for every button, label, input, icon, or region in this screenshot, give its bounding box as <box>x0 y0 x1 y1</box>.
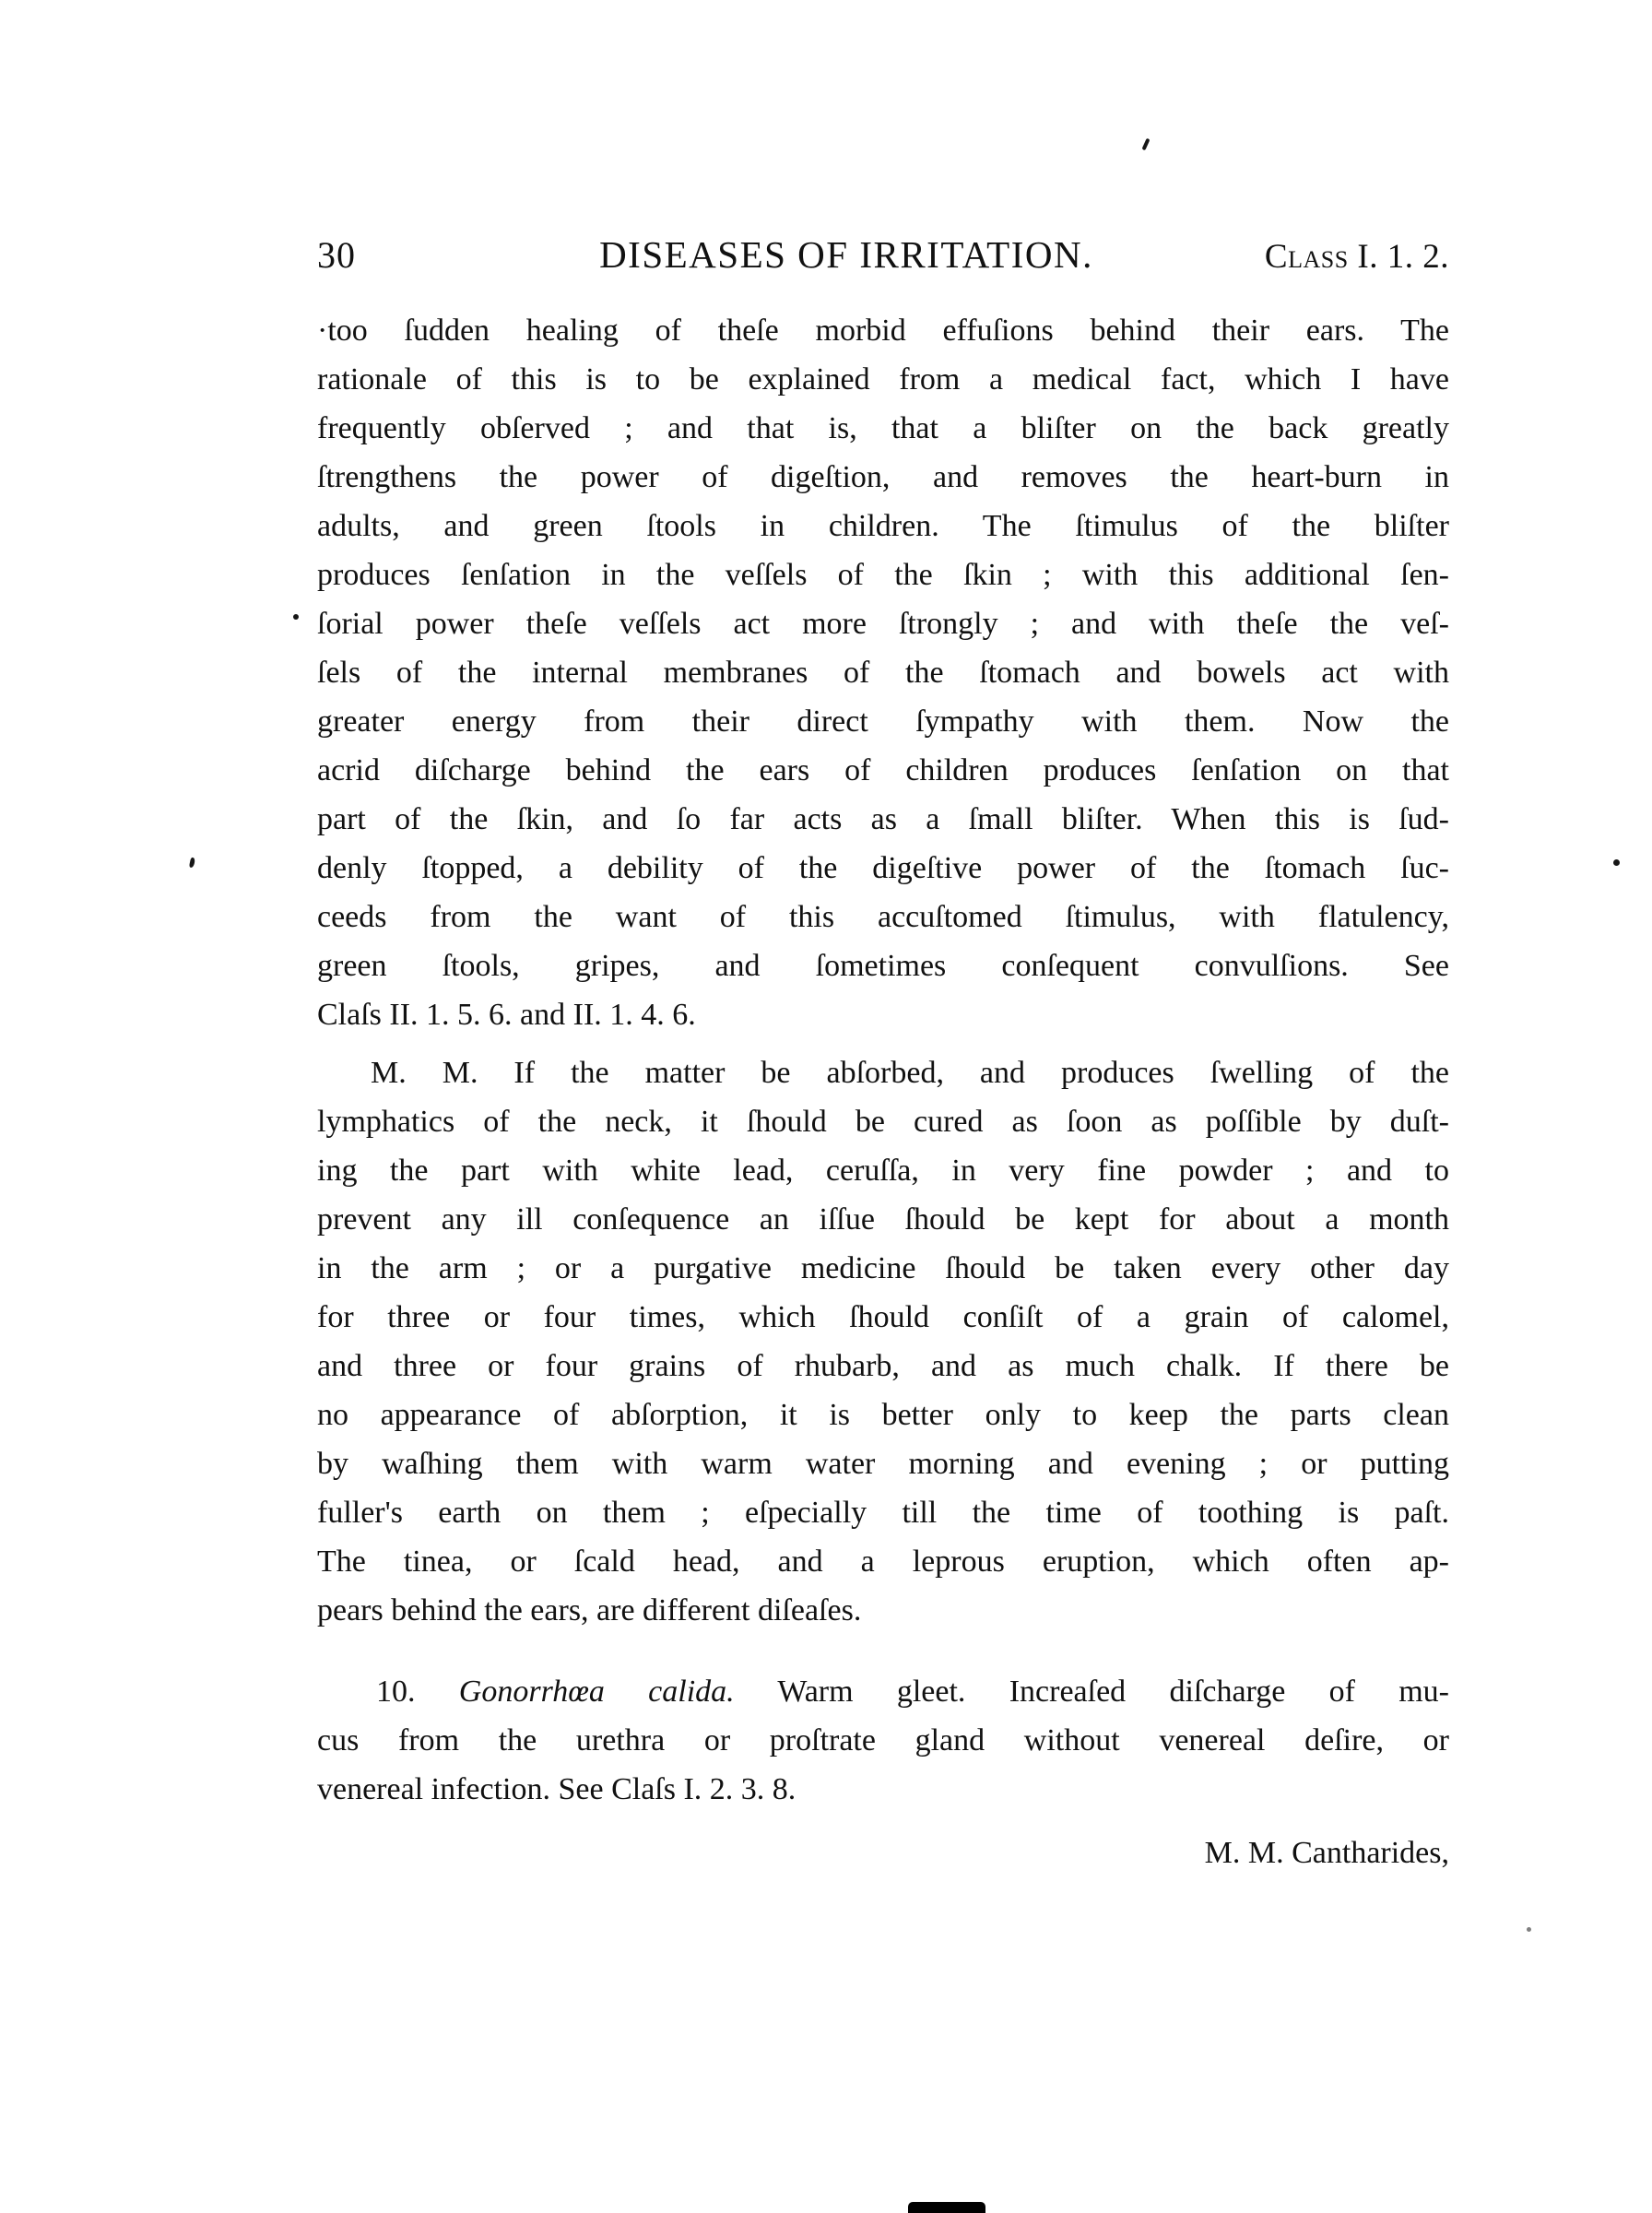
text-line: and three or four grains of rhubarb, and… <box>317 1342 1449 1391</box>
book-page: 30 DISEASES OF IRRITATION. Class I. 1. 2… <box>0 0 1652 2213</box>
text-line: ſtrengthens the power of digeſtion, and … <box>317 453 1449 502</box>
ink-speck <box>1142 138 1150 151</box>
entry-number: 10. <box>376 1675 416 1709</box>
ink-speck <box>1613 859 1620 866</box>
text-line: green ſtools, gripes, and ſometimes conſ… <box>317 941 1449 990</box>
text-line: ſorial power theſe veſſels act more ſtro… <box>317 599 1449 648</box>
text-line: ceeds from the want of this accuſtomed ſ… <box>317 893 1449 941</box>
running-title: DISEASES OF IRRITATION. <box>455 232 1237 277</box>
text-line: Claſs II. 1. 5. 6. and II. 1. 4. 6. <box>317 990 1449 1039</box>
catchword: M. M. Cantharides, <box>317 1828 1449 1877</box>
text-line: no appearance of abſorption, it is bette… <box>317 1391 1449 1439</box>
text-line: lymphatics of the neck, it ſhould be cur… <box>317 1097 1449 1146</box>
ink-speck <box>1527 1927 1531 1932</box>
text-line: in the arm ; or a purgative medicine ſho… <box>317 1244 1449 1293</box>
text-line: venereal infection. See Claſs I. 2. 3. 8… <box>317 1765 1449 1814</box>
page-number: 30 <box>317 233 455 277</box>
text-line: produces ſenſation in the veſſels of the… <box>317 550 1449 599</box>
text-line: The tinea, or ſcald head, and a leprous … <box>317 1537 1449 1586</box>
entry-latin-name: Gonorrhœa calida. <box>459 1675 735 1709</box>
text-line: ·too ſudden healing of theſe morbid effu… <box>317 306 1449 355</box>
text-line: for three or four times, which ſhould co… <box>317 1293 1449 1342</box>
text-line: adults, and green ſtools in children. Th… <box>317 502 1449 550</box>
text-line: rationale of this is to be explained fro… <box>317 355 1449 404</box>
text-line: greater energy from their direct ſympath… <box>317 697 1449 746</box>
text-line: by waſhing them with warm water morning … <box>317 1439 1449 1488</box>
paragraph-materia-medica: M. M. If the matter be abſorbed, and pro… <box>317 1048 1449 1635</box>
entry-text: Warm gleet. Increaſed diſcharge of mu- <box>777 1675 1449 1709</box>
text-line: ing the part with white lead, ceruſſa, i… <box>317 1146 1449 1195</box>
text-line: fuller's earth on them ; eſpecially till… <box>317 1488 1449 1537</box>
page-header: 30 DISEASES OF IRRITATION. Class I. 1. 2… <box>317 232 1449 277</box>
text-line: part of the ſkin, and ſo far acts as a ſ… <box>317 795 1449 844</box>
paragraph-digestion: ·too ſudden healing of theſe morbid effu… <box>317 306 1449 1039</box>
paragraph-gonorrhoea-calida: 10. Gonorrhœa calida. Warm gleet. Increa… <box>317 1667 1449 1877</box>
text-line: ſels of the internal membranes of the ſt… <box>317 648 1449 697</box>
text-line: prevent any ill conſequence an iſſue ſho… <box>317 1195 1449 1244</box>
text-line: 10. Gonorrhœa calida. Warm gleet. Increa… <box>317 1667 1449 1716</box>
class-reference: Class I. 1. 2. <box>1265 237 1449 277</box>
text-line: pears behind the ears, are different diſ… <box>317 1586 1449 1635</box>
ink-speck <box>293 614 299 620</box>
text-line: denly ſtopped, a debility of the digeſti… <box>317 844 1449 893</box>
text-line: frequently obſerved ; and that is, that … <box>317 404 1449 453</box>
ink-speck <box>189 858 195 869</box>
ink-smudge <box>908 2202 985 2213</box>
text-line: acrid diſcharge behind the ears of child… <box>317 746 1449 795</box>
text-line: cus from the urethra or proſtrate gland … <box>317 1716 1449 1765</box>
text-line: M. M. If the matter be abſorbed, and pro… <box>317 1048 1449 1097</box>
